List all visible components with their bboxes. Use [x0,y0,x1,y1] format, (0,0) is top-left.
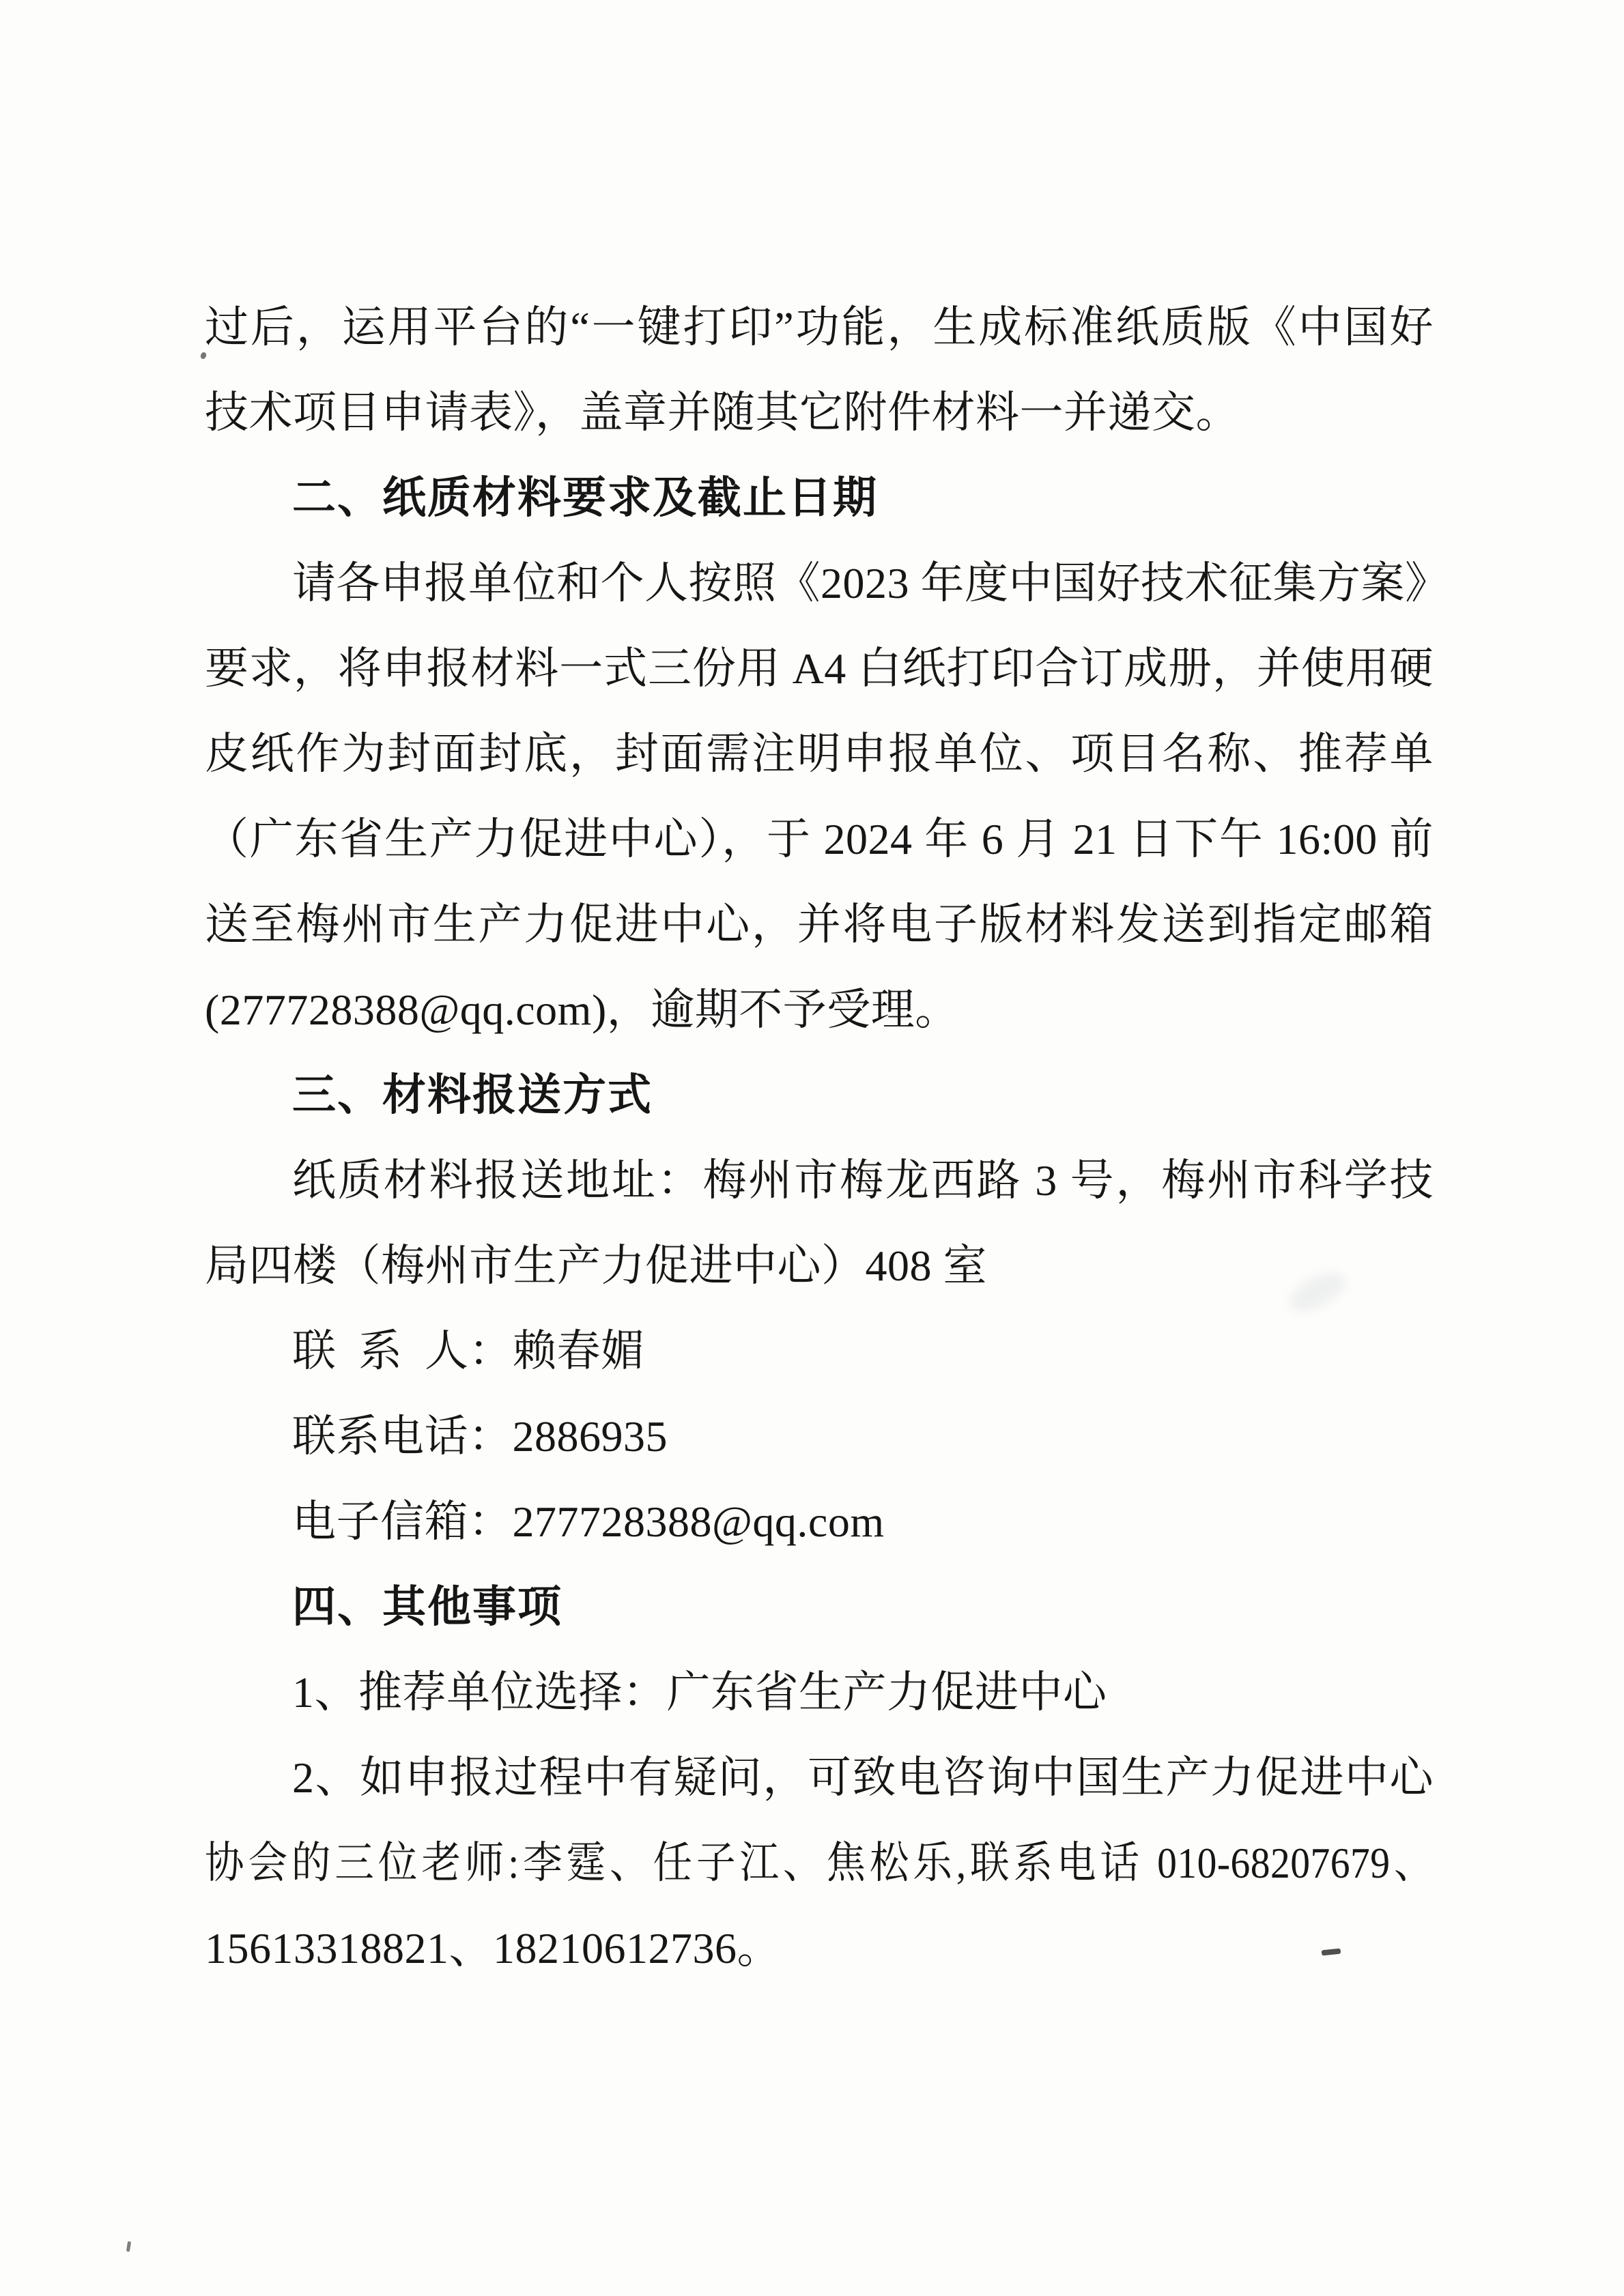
scanned-document-page: 过后，运用平台的“一键打印”功能，生成标准纸质版《中国好 技术项目申请表》，盖章… [0,0,1624,2296]
text-line-18: 2、如申报过程中有疑问，可致电咨询中国生产力促进中心 [205,1735,1434,1820]
contact-person-line: 联 系 人：赖春媚 [205,1308,1434,1394]
text-line-5: 要求，将申报材料一式三份用 A4 白纸打印合订成册，并使用硬 [205,626,1434,711]
contact-phone-line: 联系电话：2886935 [205,1394,1434,1479]
text-line-9: (277728388@qq.com)，逾期不予受理。 [205,967,1434,1052]
section-heading-3: 三、材料报送方式 [205,1052,1434,1138]
text-line-4: 请各申报单位和个人按照《2023 年度中国好技术征集方案》 [205,541,1434,626]
text-line-17: 1、推荐单位选择：广东省生产力促进中心 [205,1650,1434,1735]
text-line-19: 协会的三位老师:李霆、任子江、焦松乐,联系电话 010-68207679、 [205,1820,1434,1906]
text-line-20: 15613318821、18210612736。 [205,1906,1434,1991]
section-heading-4: 四、其他事项 [205,1564,1434,1650]
text-line-12: 局四楼（梅州市生产力促进中心）408 室 [205,1223,1434,1308]
text-line-2: 技术项目申请表》，盖章并随其它附件材料一并递交。 [205,370,1434,455]
text-line-7: （广东省生产力促进中心），于 2024 年 6 月 21 日下午 16:00 前 [205,797,1434,882]
contact-email-line: 电子信箱：277728388@qq.com [205,1479,1434,1564]
section-heading-2: 二、纸质材料要求及截止日期 [205,455,1434,541]
text-line-1: 过后，运用平台的“一键打印”功能，生成标准纸质版《中国好 [205,285,1434,370]
text-line-6: 皮纸作为封面封底，封面需注明申报单位、项目名称、推荐单位 [205,711,1434,797]
text-line-11: 纸质材料报送地址：梅州市梅龙西路 3 号，梅州市科学技术 [205,1138,1434,1223]
text-line-8: 送至梅州市生产力促进中心，并将电子版材料发送到指定邮箱 [205,882,1434,967]
document-body: 过后，运用平台的“一键打印”功能，生成标准纸质版《中国好 技术项目申请表》，盖章… [205,285,1434,1991]
scan-speck-artifact [126,2241,131,2252]
